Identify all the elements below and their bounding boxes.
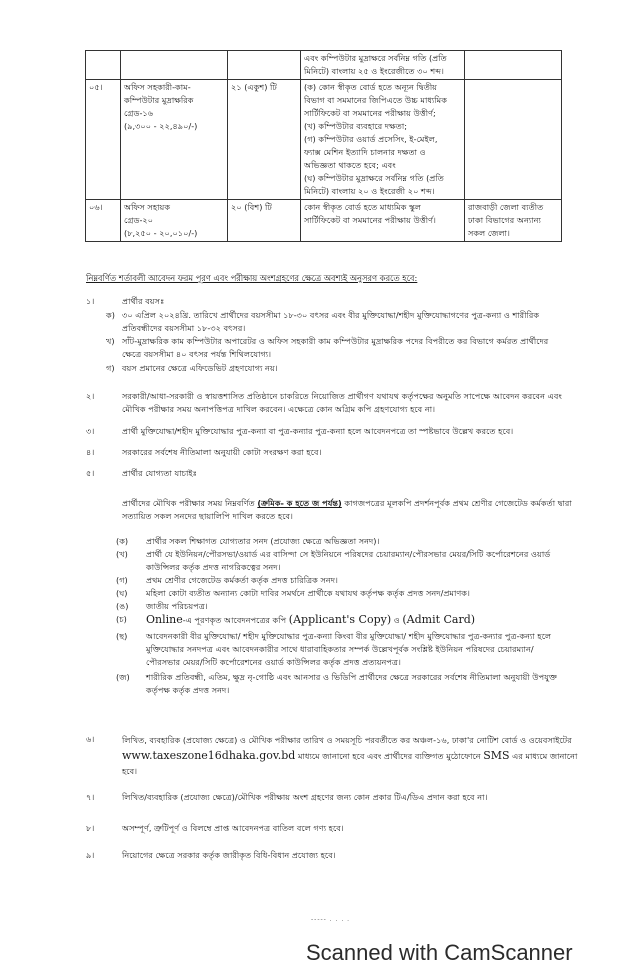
cell-text: কম্পিউটার মুদ্রাক্ষরিক	[124, 94, 224, 107]
list-label: (গ)	[116, 574, 142, 587]
serial-cell: ০৫।	[86, 80, 121, 200]
cell-text: ০৬।	[89, 201, 117, 214]
cell-text: (ক) কোন স্বীকৃত বোর্ড হতে অন্যূন দ্বিতীয…	[304, 81, 461, 94]
condition-number: ৬।	[86, 733, 116, 746]
website-link[interactable]: www.taxeszone16dhaka.gov.bd	[122, 749, 295, 762]
cell-text: ২১ (একুশ) টি	[231, 81, 297, 94]
cell-text: মিনিটে) বাংলায় ২০ ও ইংরেজী ২০ শব্দ।	[304, 185, 461, 198]
serial-cell	[86, 51, 121, 80]
text-part: লিখিত, ব্যবহারিক (প্রযোজ্য ক্ষেত্রে) ও ম…	[122, 735, 572, 745]
serial-cell: ০৬।	[86, 200, 121, 242]
post-cell	[121, 51, 228, 80]
cell-text: অফিস সহকারী-কাম-	[124, 81, 224, 94]
condition-text: সরকারের সর্বশেষ নীতিমালা অনুযায়ী কোটা স…	[122, 446, 580, 459]
table-row: ০৫।অফিস সহকারী-কাম-কম্পিউটার মুদ্রাক্ষরি…	[86, 80, 562, 200]
conditions-heading: নিম্নবর্ণিত শর্তাবলী আবেদন ফরম পূরণ এবং …	[86, 272, 417, 286]
list-text: প্রার্থী যে ইউনিয়ন/পৌরসভা/ওয়ার্ড এর বা…	[146, 548, 566, 574]
text-part: (Admit Card)	[402, 613, 475, 626]
district-cell: রাজবাড়ী জেলা ব্যতীতঢাকা বিভাগের অন্যান্…	[465, 200, 562, 242]
table-row: এবং কম্পিউটার মুদ্রাক্ষরে সর্বনিম্ন গতি …	[86, 51, 562, 80]
list-text: প্রথম শ্রেণীর গেজেটেড কর্মকর্তা কর্তৃক প…	[146, 574, 566, 587]
cell-text: ০৫।	[89, 81, 117, 94]
cell-text: সার্টিফিকেট বা সমমানের পরীক্ষায় উত্তীর্…	[304, 214, 461, 227]
cell-text: রাজবাড়ী জেলা ব্যতীত	[468, 201, 558, 214]
text-part: Online	[146, 613, 183, 626]
job-posts-table: এবং কম্পিউটার মুদ্রাক্ষরে সর্বনিম্ন গতি …	[85, 50, 562, 242]
list-text: মহিলা কোটা ব্যতীত অন্যান্য কোটা দাবির সম…	[146, 587, 566, 600]
intro-emphasis: (ক্রমিক- ক হতে জ পর্যন্ত)	[257, 498, 341, 508]
cell-text: অফিস সহায়ক	[124, 201, 224, 214]
qualification-cell: (ক) কোন স্বীকৃত বোর্ড হতে অন্যূন দ্বিতীয…	[301, 80, 465, 200]
text-part: (Applicant's Copy)	[289, 613, 391, 626]
cell-text: গ্রেড-২০	[124, 214, 224, 227]
sub-text: ৩০ এপ্রিল ২০২৪খ্রি. তারিখে প্রার্থীদের ব…	[122, 309, 562, 335]
cell-text: (গ) কম্পিউটার ওয়ার্ড প্রসেসিং, ই-মেইল,	[304, 133, 461, 146]
list-label: (ছ)	[116, 630, 142, 643]
condition-title: প্রার্থীর বয়সঃ	[122, 295, 580, 308]
page-mark: ----- . . . .	[311, 916, 350, 923]
condition-text: নিয়োগের ক্ষেত্রে সরকার কর্তৃক জারীকৃত ব…	[122, 849, 580, 862]
cell-text: (৯,৩০০ - ২২,৪৯০/-)	[124, 120, 224, 133]
condition-text: লিখিত/ব্যবহারিক (প্রযোজ্য ক্ষেত্রে)/মৌখি…	[122, 791, 580, 804]
sms-text: SMS	[483, 749, 509, 762]
condition-number: ৫।	[86, 467, 116, 480]
intro-text: প্রার্থীদের মৌখিক পরীক্ষার সময় নিম্নবর্…	[122, 498, 257, 508]
sub-text: সাঁট-মুদ্রাক্ষরিক কাম কম্পিউটার অপারেটর …	[122, 335, 562, 361]
camscanner-watermark: Scanned with CamScanner	[306, 940, 573, 966]
cell-text: মিনিটে) বাংলায় ২৫ ও ইংরেজীতে ৩০ শব্দ।	[304, 65, 461, 78]
condition-text: প্রার্থীদের মৌখিক পরীক্ষার সময় নিম্নবর্…	[122, 497, 580, 523]
cell-text: বিভাগ বা সমমানের জিপিএতে উচ্চ মাধ্যমিক	[304, 94, 461, 107]
condition-number: ৪।	[86, 446, 116, 459]
condition-number: ৭।	[86, 791, 116, 804]
condition-number: ৩।	[86, 425, 116, 438]
condition-number: ২।	[86, 390, 116, 403]
post-cell: অফিস সহকারী-কাম-কম্পিউটার মুদ্রাক্ষরিকগ্…	[121, 80, 228, 200]
vacancy-count-cell	[228, 51, 301, 80]
cell-text: সকল জেলা।	[468, 227, 558, 240]
condition-text: সরকারী/আধা-সরকারী ও স্বায়ত্তশাসিত প্রতি…	[122, 390, 580, 416]
list-text: আবেদনকারী বীর মুক্তিযোদ্ধা/ শহীদ মুক্তিয…	[146, 630, 566, 669]
cell-text: কোন স্বীকৃত বোর্ড হতে মাধ্যমিক স্কুল	[304, 201, 461, 214]
post-cell: অফিস সহায়কগ্রেড-২০(৮,২৫০ - ২০,০১০/-)	[121, 200, 228, 242]
list-text: জাতীয় পরিচয়পত্র।	[146, 600, 566, 613]
text-part: মাধ্যমে জানানো হবে এবং প্রার্থীদের ব্যক্…	[295, 751, 483, 761]
cell-text: ২০ (বিশ) টি	[231, 201, 297, 214]
cell-text: (ঘ) কম্পিউটার মুদ্রাক্ষরে সর্বনিম্ন গতি …	[304, 172, 461, 185]
condition-number: ৮।	[86, 822, 116, 835]
cell-text: ঢাকা বিভাগের অন্যান্য	[468, 214, 558, 227]
condition-number: ১।	[86, 295, 116, 308]
cell-text: অভিজ্ঞতা থাকতে হবে; এবং	[304, 159, 461, 172]
cell-text: গ্রেড-১৬	[124, 107, 224, 120]
cell-text: এবং কম্পিউটার মুদ্রাক্ষরে সর্বনিম্ন গতি …	[304, 52, 461, 65]
condition-number: ৯।	[86, 849, 116, 862]
list-text: Online-এ পূরণকৃত আবেদনপত্রের কপি (Applic…	[146, 613, 566, 627]
cell-text: (৮,২৫০ - ২০,০১০/-)	[124, 227, 224, 240]
list-text: শারীরিক প্রতিবন্ধী, এতিম, ক্ষুদ্র নৃ-গোষ…	[146, 671, 566, 697]
cell-text: (খ) কম্পিউটার ব্যবহারে দক্ষতা;	[304, 120, 461, 133]
cell-text: ফ্যাক্স মেশিন ইত্যাদি চালনার দক্ষতা ও	[304, 146, 461, 159]
cell-text: সার্টিফিকেট বা সমমানের পরীক্ষায় উত্তীর্…	[304, 107, 461, 120]
district-cell	[465, 51, 562, 80]
vacancy-count-cell: ২১ (একুশ) টি	[228, 80, 301, 200]
sub-text: বয়স প্রমানের ক্ষেত্রে এফিডেভিট গ্রহণযোগ…	[122, 362, 562, 375]
list-text: প্রার্থীর সকল শিক্ষাগত যোগ্যতার সনদ (প্র…	[146, 535, 566, 548]
scanned-document-page: এবং কম্পিউটার মুদ্রাক্ষরে সর্বনিম্ন গতি …	[0, 0, 640, 980]
qualification-cell: এবং কম্পিউটার মুদ্রাক্ষরে সর্বনিম্ন গতি …	[301, 51, 465, 80]
text-part: ও	[391, 615, 402, 625]
list-label: (ঙ)	[116, 600, 142, 613]
district-cell	[465, 80, 562, 200]
list-label: (জ)	[116, 671, 142, 684]
condition-text: অসম্পূর্ণ, ত্রুটিপূর্ণ ও বিলম্বে প্রাপ্ত…	[122, 822, 580, 835]
list-label: (ঘ)	[116, 587, 142, 600]
vacancy-count-cell: ২০ (বিশ) টি	[228, 200, 301, 242]
list-label: (চ)	[116, 613, 142, 626]
table-row: ০৬।অফিস সহায়কগ্রেড-২০(৮,২৫০ - ২০,০১০/-)…	[86, 200, 562, 242]
text-part: -এ পূরণকৃত আবেদনপত্রের কপি	[183, 615, 289, 625]
list-label: (ক)	[116, 535, 142, 548]
condition-text: লিখিত, ব্যবহারিক (প্রযোজ্য ক্ষেত্রে) ও ম…	[122, 733, 580, 779]
condition-title: প্রার্থীর যোগ্যতা যাচাইঃ	[122, 467, 580, 480]
qualification-cell: কোন স্বীকৃত বোর্ড হতে মাধ্যমিক স্কুলসার্…	[301, 200, 465, 242]
condition-text: প্রার্থী মুক্তিযোদ্ধা/শহীদ মুক্তিযোদ্ধার…	[122, 425, 580, 438]
list-label: (খ)	[116, 548, 142, 561]
